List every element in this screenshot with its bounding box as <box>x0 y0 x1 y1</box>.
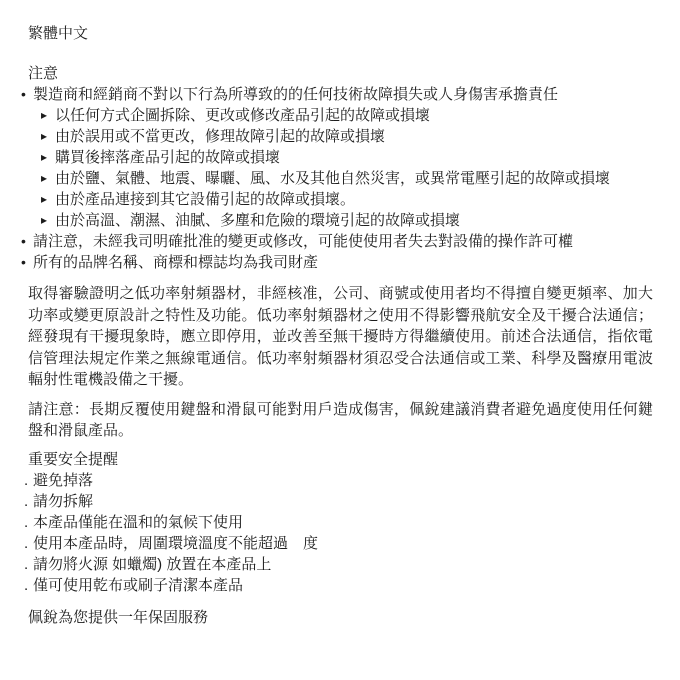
safety-item: . 請勿拆解 <box>0 491 680 512</box>
notice-sub-item: ▸ 由於高溫、潮濕、油膩、多塵和危險的環境引起的故障或損壞 <box>0 210 680 231</box>
notice-item: • 所有的品牌名稱、商標和標誌均為我司財產 <box>0 252 680 273</box>
warranty-note: 佩銳為您提供一年保固服務 <box>28 607 680 628</box>
notice-item-text: 所有的品牌名稱、商標和標誌均為我司財產 <box>33 254 318 271</box>
safety-item-text: 請勿將火源 如蠟燭) 放置在本產品上 <box>33 556 271 573</box>
notice-sub-item: ▸ 以任何方式企圖拆除、更改或修改產品引起的故障或損壞 <box>0 105 680 126</box>
safety-item-text: 本產品僅能在溫和的氣候下使用 <box>33 514 243 531</box>
notice-item-text: 由於誤用或不當更改，修理故障引起的故障或損壞 <box>55 128 385 145</box>
triangle-bullet-icon: ▸ <box>41 126 47 147</box>
notice-section: 注意 • 製造商和經銷商不對以下行為所導致的的任何技術故障損失或人身傷害承擔責任… <box>0 63 680 273</box>
bullet-icon: • <box>21 231 26 252</box>
notice-item-text: 由於高溫、潮濕、油膩、多塵和危險的環境引起的故障或損壞 <box>55 212 460 229</box>
notice-heading: 注意 <box>28 63 680 84</box>
regulatory-paragraph: 取得審驗證明之低功率射頻器材，非經核准，公司、商號或使用者均不得擅自變更頻率、加… <box>28 283 653 391</box>
dot-marker: . <box>24 470 28 491</box>
dot-marker: . <box>24 533 28 554</box>
dot-marker: . <box>24 575 28 596</box>
dot-marker: . <box>24 554 28 575</box>
triangle-bullet-icon: ▸ <box>41 189 47 210</box>
notice-item-text: 以任何方式企圖拆除、更改或修改產品引起的故障或損壞 <box>55 107 430 124</box>
notice-sub-item: ▸ 由於產品連接到其它設備引起的故障或損壞。 <box>0 189 680 210</box>
notice-item-text: 製造商和經銷商不對以下行為所導致的的任何技術故障損失或人身傷害承擔責任 <box>33 86 558 103</box>
triangle-bullet-icon: ▸ <box>41 210 47 231</box>
triangle-bullet-icon: ▸ <box>41 168 47 189</box>
safety-item-text: 避免掉落 <box>33 472 93 489</box>
notice-sub-item: ▸ 由於鹽、氣體、地震、曝曬、風、水及其他自然災害，或異常電壓引起的故障或損壞 <box>0 168 680 189</box>
bullet-icon: • <box>21 252 26 273</box>
safety-item: . 請勿將火源 如蠟燭) 放置在本產品上 <box>0 554 680 575</box>
document-page: 繁體中文 注意 • 製造商和經銷商不對以下行為所導致的的任何技術故障損失或人身傷… <box>0 0 680 680</box>
safety-item-text: 請勿拆解 <box>33 493 93 510</box>
safety-item: . 本產品僅能在溫和的氣候下使用 <box>0 512 680 533</box>
triangle-bullet-icon: ▸ <box>41 147 47 168</box>
safety-item-text: 僅可使用乾布或刷子清潔本產品 <box>33 577 243 594</box>
safety-item: . 使用本產品時，周圍環境溫度不能超過 度 <box>0 533 680 554</box>
notice-sub-item: ▸ 由於誤用或不當更改，修理故障引起的故障或損壞 <box>0 126 680 147</box>
notice-item-text: 由於產品連接到其它設備引起的故障或損壞。 <box>55 191 355 208</box>
safety-section: 重要安全提醒 . 避免掉落 . 請勿拆解 . 本產品僅能在溫和的氣候下使用 . … <box>0 449 680 596</box>
notice-item-text: 由於鹽、氣體、地震、曝曬、風、水及其他自然災害，或異常電壓引起的故障或損壞 <box>55 170 610 187</box>
usage-warning-paragraph: 請注意：長期反覆使用鍵盤和滑鼠可能對用戶造成傷害，佩銳建議消費者避免過度使用任何… <box>28 399 653 442</box>
notice-item-text: 請注意，未經我司明確批准的變更或修改，可能使使用者失去對設備的操作許可權 <box>33 233 573 250</box>
safety-heading: 重要安全提醒 <box>28 449 680 470</box>
notice-sub-item: ▸ 購買後摔落產品引起的故障或損壞 <box>0 147 680 168</box>
dot-marker: . <box>24 491 28 512</box>
page-title: 繁體中文 <box>28 23 680 44</box>
dot-marker: . <box>24 512 28 533</box>
triangle-bullet-icon: ▸ <box>41 105 47 126</box>
safety-item: . 僅可使用乾布或刷子清潔本產品 <box>0 575 680 596</box>
notice-item: • 製造商和經銷商不對以下行為所導致的的任何技術故障損失或人身傷害承擔責任 <box>0 84 680 105</box>
safety-item-text: 使用本產品時，周圍環境溫度不能超過 度 <box>33 535 318 552</box>
safety-item: . 避免掉落 <box>0 470 680 491</box>
bullet-icon: • <box>21 84 26 105</box>
notice-item: • 請注意，未經我司明確批准的變更或修改，可能使使用者失去對設備的操作許可權 <box>0 231 680 252</box>
notice-item-text: 購買後摔落產品引起的故障或損壞 <box>55 149 280 166</box>
